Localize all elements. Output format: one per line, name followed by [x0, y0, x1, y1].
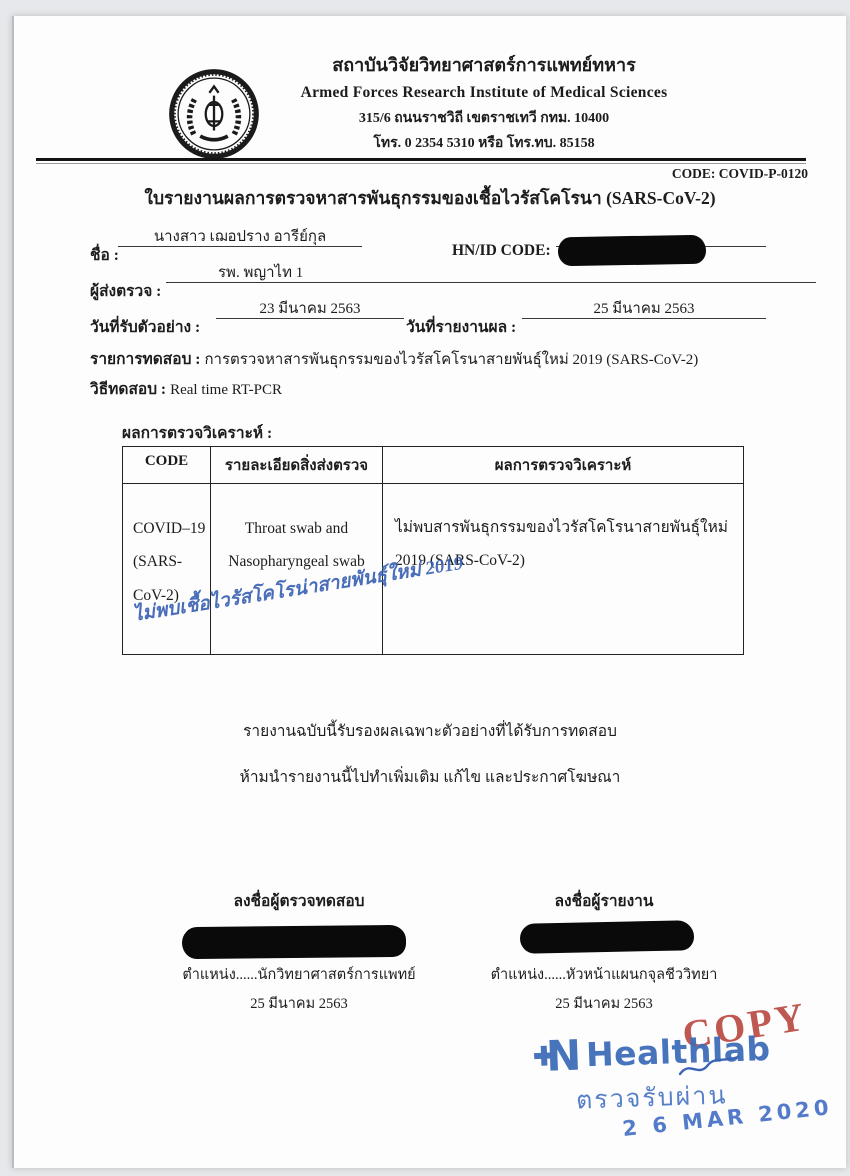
- name-value-underlined: นางสาว เฌอปราง อารีย์กุล: [118, 224, 362, 247]
- institute-name-thai: สถาบันวิจัยวิทยาศาสตร์การแพทย์ทหาร: [224, 56, 744, 74]
- results-section-label: ผลการตรวจวิเคราะห์ :: [122, 420, 272, 445]
- letterhead: สถาบันวิจัยวิทยาศาสตร์การแพทย์ทหาร Armed…: [224, 56, 744, 162]
- test-method-line: วิธีทดสอบ : Real time RT-PCR: [90, 376, 282, 401]
- sample-received-date-label: วันที่รับตัวอย่าง :: [90, 314, 200, 339]
- results-header-specimen: รายละเอียดสิ่งส่งตรวจ: [211, 447, 383, 484]
- report-date-label: วันที่รายงานผล :: [406, 314, 516, 339]
- header-divider-shadow: [36, 163, 806, 164]
- sender-label: ผู้ส่งตรวจ :: [90, 278, 161, 303]
- disclaimer-line2: ห้ามนำรายงานนี้ไปทำเพิ่มเติม แก้ไข และปร…: [14, 764, 846, 789]
- results-header-result: ผลการตรวจวิเคราะห์: [383, 447, 743, 484]
- institute-address: 315/6 ถนนราชวิถี เขตราชเทวี กทม. 10400: [224, 112, 744, 126]
- report-date-value: 25 มีนาคม 2563: [522, 296, 766, 319]
- sender-value-underlined: รพ. พญาไท 1: [166, 260, 816, 283]
- disclaimer-line1: รายงานฉบับนี้รับรองผลเฉพาะตัวอย่างที่ได้…: [14, 718, 846, 743]
- document-code: CODE: COVID-P-0120: [672, 166, 808, 182]
- healthlab-logo-icon: N: [533, 1033, 581, 1079]
- name-label: ชื่อ :: [90, 242, 119, 267]
- result-code-line1: COVID–19: [133, 512, 210, 545]
- sample-received-date-value: 23 มีนาคม 2563: [216, 296, 404, 319]
- document-title: ใบรายงานผลการตรวจหาสารพันธุกรรมของเชื้อไ…: [14, 184, 846, 212]
- test-item-line: รายการทดสอบ : การตรวจหาสารพันธุกรรมของไว…: [90, 346, 698, 371]
- result-specimen-line1: Throat swab and: [211, 512, 382, 545]
- test-method-label: วิธีทดสอบ :: [90, 381, 166, 398]
- reporter-signature-label: ลงชื่อผู้รายงาน: [474, 888, 734, 913]
- test-method-value: Real time RT-PCR: [170, 382, 282, 398]
- reporter-position: ตำแหน่ง......หัวหน้าแผนกจุลชีววิทยา: [474, 963, 734, 986]
- test-item-label: รายการทดสอบ :: [90, 351, 200, 368]
- results-table-header-row: CODE รายละเอียดสิ่งส่งตรวจ ผลการตรวจวิเค…: [123, 447, 743, 484]
- test-item-value: การตรวจหาสารพันธุกรรมของไวรัสโคโรนาสายพั…: [204, 352, 698, 368]
- healthlab-n-mark: N: [545, 1030, 582, 1080]
- tester-sign-date: 25 มีนาคม 2563: [154, 992, 444, 1015]
- tester-signature-label: ลงชื่อผู้ตรวจทดสอบ: [154, 888, 444, 913]
- results-table-row: COVID–19 (SARS-CoV-2) Throat swab and Na…: [123, 484, 743, 654]
- result-value-cell: ไม่พบสารพันธุกรรมของไวรัสโคโรนาสายพันธุ์…: [383, 484, 743, 654]
- reporter-signature-redaction-blob: [520, 920, 695, 954]
- tester-position: ตำแหน่ง......นักวิทยาศาสตร์การแพทย์: [154, 963, 444, 986]
- hn-id-label: HN/ID CODE:: [452, 242, 551, 260]
- tester-signature-redaction-blob: [182, 925, 406, 959]
- results-table: CODE รายละเอียดสิ่งส่งตรวจ ผลการตรวจวิเค…: [122, 446, 744, 655]
- scanned-report-page: สถาบันวิจัยวิทยาศาสตร์การแพทย์ทหาร Armed…: [12, 16, 846, 1168]
- institute-phone: โทร. 0 2354 5310 หรือ โทร.ทบ. 85158: [224, 137, 744, 151]
- results-header-code: CODE: [123, 447, 211, 484]
- header-divider-line: [36, 158, 806, 161]
- institute-name-english: Armed Forces Research Institute of Medic…: [224, 85, 744, 101]
